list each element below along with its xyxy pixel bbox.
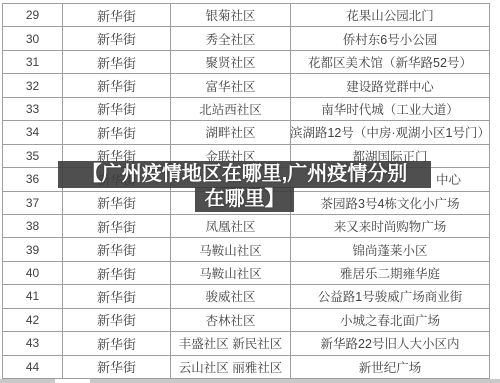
bottom-edge-bar-left <box>0 379 55 383</box>
table-row: 32 新华街 富华社区 建设路党群中心 <box>3 74 489 97</box>
row-number: 44 <box>3 356 63 378</box>
street-name: 新华街 <box>63 192 171 214</box>
table-row: 43 新华街 丰盛社区 新民社区 新华路22号旧人大小区内 <box>3 332 489 355</box>
street-name: 新华街 <box>63 4 171 26</box>
table-row: 31 新华街 聚贤社区 花都区美术馆（新华路52号） <box>3 51 489 74</box>
street-name: 新华街 <box>63 215 171 237</box>
row-number: 29 <box>3 4 63 26</box>
community-name: 秀全社区 <box>171 27 291 49</box>
street-name: 新华街 <box>63 27 171 49</box>
address: 小城之春北面广场 <box>291 309 489 331</box>
row-number: 36 <box>3 168 63 190</box>
community-name: 杏林社区 <box>171 309 291 331</box>
community-name: 丰盛社区 新民社区 <box>171 332 291 354</box>
community-name: 北站西社区 <box>171 98 291 120</box>
community-name: 凤凰社区 <box>171 215 291 237</box>
address: 花都区美术馆（新华路52号） <box>291 51 489 73</box>
bottom-edge-bar-right <box>90 379 500 383</box>
table-row: 39 新华街 马鞍山社区 锦尚蓬莱小区 <box>3 238 489 261</box>
table-row: 35 新华街 金联社区 都湖国际正门 <box>3 145 489 168</box>
street-name: 新华街 <box>63 98 171 120</box>
address: 新华路22号旧人大小区内 <box>291 332 489 354</box>
row-number: 35 <box>3 145 63 167</box>
street-name: 新华街 <box>63 51 171 73</box>
row-number: 38 <box>3 215 63 237</box>
address: 建设路党群中心 <box>291 74 489 96</box>
table-row: 29 新华街 银菊社区 花果山公园北门 <box>3 4 489 27</box>
row-number: 39 <box>3 238 63 260</box>
table-row: 42 新华街 杏林社区 小城之春北面广场 <box>3 309 489 332</box>
community-name: 聚贤社区 <box>171 51 291 73</box>
table-row: 38 新华街 凤凰社区 来又来时尚购物广场 <box>3 215 489 238</box>
row-number: 42 <box>3 309 63 331</box>
address: 雅居乐二期雍华庭 <box>291 262 489 284</box>
address: 侨村东6号小公园 <box>291 27 489 49</box>
address: 滨湖路12号（中房·观湖小区1号门） <box>291 121 489 143</box>
row-number: 32 <box>3 74 63 96</box>
community-name: 湖畔社区 <box>171 121 291 143</box>
community-name: 马鞍山社区 <box>171 238 291 260</box>
table-row: 37 新华街 茶园路3号4栋文化小广场 <box>3 192 489 215</box>
street-name: 新华街 <box>63 238 171 260</box>
street-name: 新华街 <box>63 285 171 307</box>
address: 来又来时尚购物广场 <box>291 215 489 237</box>
table-row: 30 新华街 秀全社区 侨村东6号小公园 <box>3 27 489 50</box>
community-name: 骏威社区 <box>171 285 291 307</box>
table-row: 40 新华街 马鞍山社区 雅居乐二期雍华庭 <box>3 262 489 285</box>
address: 公益路1号骏威广场商业街 <box>291 285 489 307</box>
community-name: 银菊社区 <box>171 4 291 26</box>
community-name: 金联社区 <box>171 145 291 167</box>
street-name: 新华街 <box>63 356 171 378</box>
row-number: 33 <box>3 98 63 120</box>
street-name: 新华街 <box>63 74 171 96</box>
row-number: 40 <box>3 262 63 284</box>
street-name: 新华街 <box>63 168 171 190</box>
row-number: 30 <box>3 27 63 49</box>
address: 花果山公园北门 <box>291 4 489 26</box>
screenshot-root: 29 新华街 银菊社区 花果山公园北门 30 新华街 秀全社区 侨村东6号小公园… <box>0 0 500 383</box>
community-name: 云山社区 丽雅社区 <box>171 356 291 378</box>
row-number: 41 <box>3 285 63 307</box>
address: 都湖国际正门 <box>291 145 489 167</box>
table-row: 44 新华街 云山社区 丽雅社区 新世纪广场 <box>3 356 489 379</box>
community-name <box>171 168 291 190</box>
street-name: 新华街 <box>63 145 171 167</box>
epidemic-area-table: 29 新华街 银菊社区 花果山公园北门 30 新华街 秀全社区 侨村东6号小公园… <box>2 3 490 379</box>
row-number: 34 <box>3 121 63 143</box>
table-row: 33 新华街 北站西社区 南华时代城（工业大道） <box>3 98 489 121</box>
table-row: 36 新华街 中心 <box>3 168 489 191</box>
community-name <box>171 192 291 214</box>
street-name: 新华街 <box>63 309 171 331</box>
table-row: 34 新华街 湖畔社区 滨湖路12号（中房·观湖小区1号门） <box>3 121 489 144</box>
street-name: 新华街 <box>63 332 171 354</box>
row-number: 37 <box>3 192 63 214</box>
row-number: 31 <box>3 51 63 73</box>
community-name: 马鞍山社区 <box>171 262 291 284</box>
table-row: 41 新华街 骏威社区 公益路1号骏威广场商业街 <box>3 285 489 308</box>
address: 茶园路3号4栋文化小广场 <box>291 192 489 214</box>
address: 南华时代城（工业大道） <box>291 98 489 120</box>
row-number: 43 <box>3 332 63 354</box>
address: 锦尚蓬莱小区 <box>291 238 489 260</box>
street-name: 新华街 <box>63 121 171 143</box>
address: 中心 <box>291 168 489 190</box>
address: 新世纪广场 <box>291 356 489 378</box>
street-name: 新华街 <box>63 262 171 284</box>
community-name: 富华社区 <box>171 74 291 96</box>
